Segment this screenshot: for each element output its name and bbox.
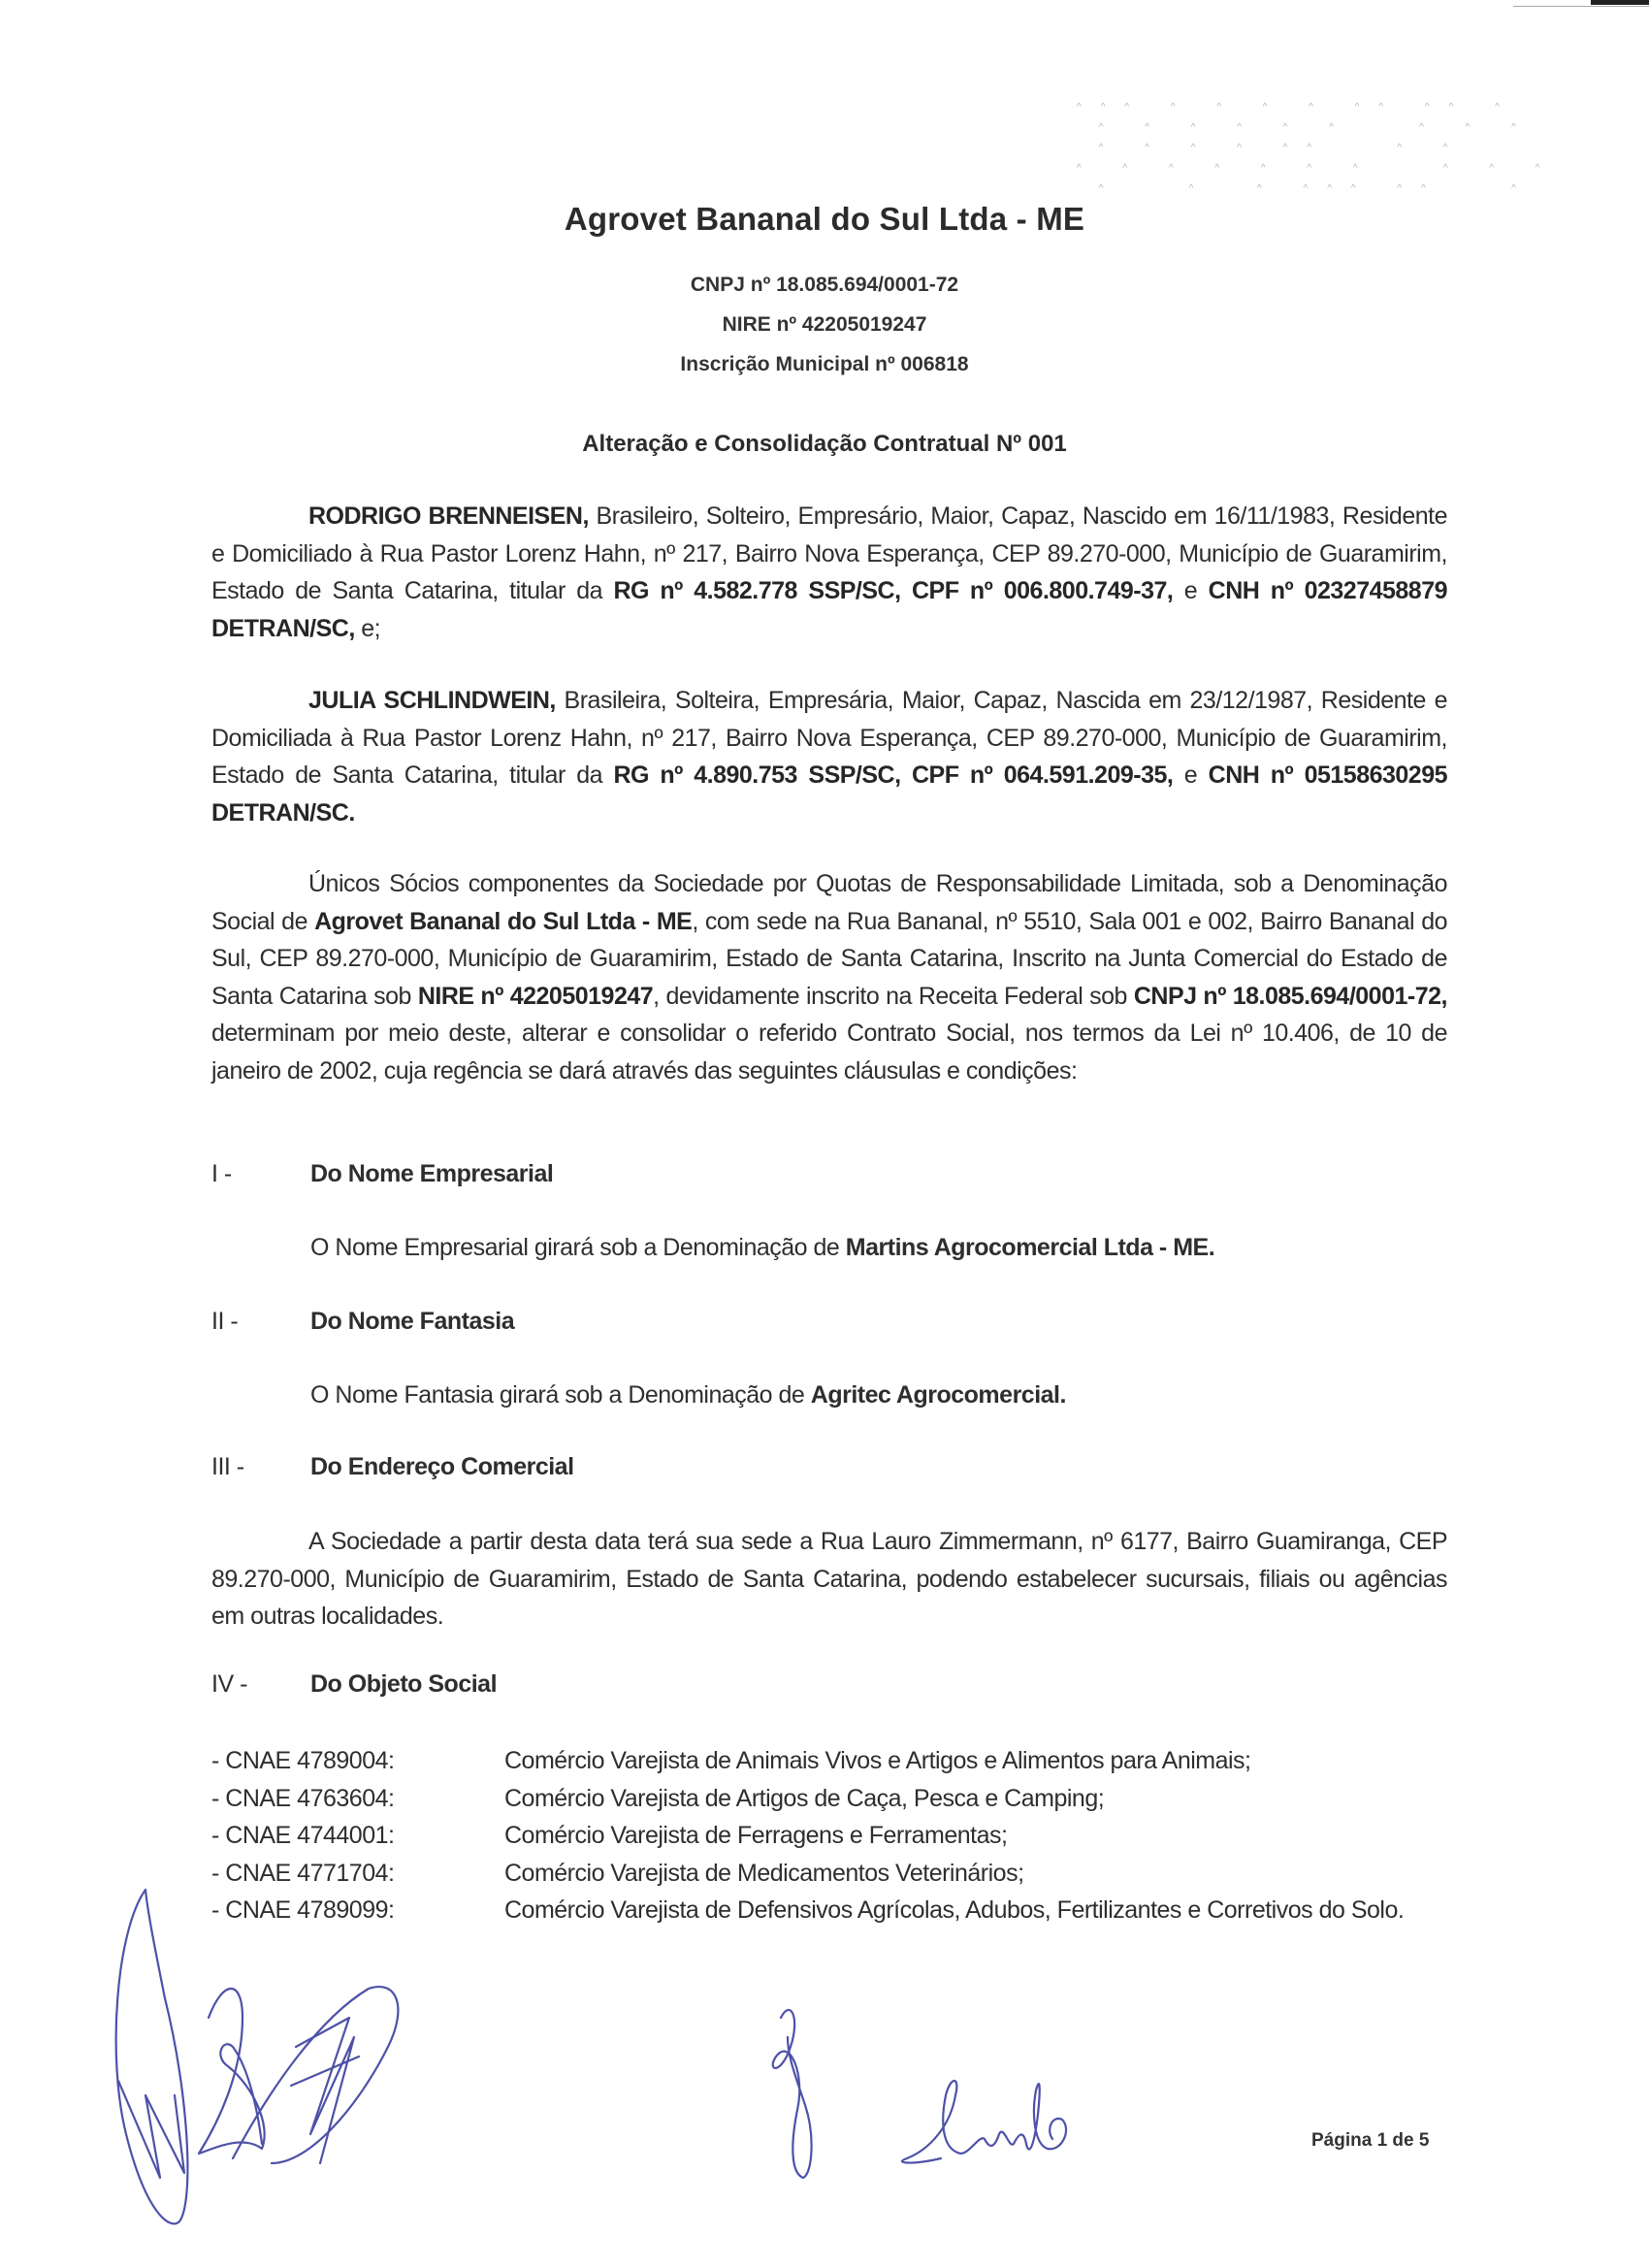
intro-cnpj: CNPJ nº 18.085.694/0001-72, — [1134, 983, 1447, 1010]
cnae-item: - CNAE 4789004:Comércio Varejista de Ani… — [211, 1742, 1447, 1780]
document-page: ^^^ ^ ^ ^ ^ ^^ ^^ ^ ^ ^ ^ ^ ^ ^ ^ ^ ^ ^ … — [0, 0, 1649, 2268]
intro-nire: NIRE nº 42205019247 — [418, 983, 653, 1010]
signature-4-danilo — [907, 2081, 1066, 2158]
trade-name: Agritec Agrocomercial. — [811, 1381, 1066, 1409]
clause-trade-name: O Nome Fantasia girará sob a Denominação… — [310, 1381, 1066, 1409]
new-business-name: Martins Agrocomercial Ltda - ME. — [846, 1234, 1214, 1261]
cnae-item: - CNAE 4744001:Comércio Varejista de Fer… — [211, 1817, 1447, 1855]
cnae-item: - CNAE 4771704:Comércio Varejista de Med… — [211, 1855, 1447, 1893]
section-heading-1: I -Do Nome Empresarial — [211, 1160, 553, 1188]
section-heading-4: IV -Do Objeto Social — [211, 1670, 497, 1699]
signature-3 — [773, 2010, 812, 2178]
intro-paragraph: Únicos Sócios componentes da Sociedade p… — [211, 865, 1447, 1089]
cnae-item: - CNAE 4763604:Comércio Varejista de Art… — [211, 1780, 1447, 1818]
scan-corner-mark — [1591, 0, 1649, 5]
partner-1-ids: RG nº 4.582.778 SSP/SC, CPF nº 006.800.7… — [613, 577, 1173, 604]
partner-2-paragraph: JULIA SCHLINDWEIN, Brasileira, Solteira,… — [211, 682, 1447, 831]
cnae-list: - CNAE 4789004:Comércio Varejista de Ani… — [211, 1742, 1447, 1929]
signature-1 — [116, 1890, 188, 2223]
scan-edge-line — [1513, 6, 1649, 7]
section-heading-2: II -Do Nome Fantasia — [211, 1308, 514, 1336]
page-number: Página 1 de 5 — [1311, 2130, 1429, 2152]
section-heading-3: III -Do Endereço Comercial — [211, 1453, 574, 1481]
nire-line: NIRE nº 42205019247 — [0, 313, 1649, 337]
old-company-name: Agrovet Bananal do Sul Ltda - ME — [314, 908, 692, 935]
partner-1-paragraph: RODRIGO BRENNEISEN, Brasileiro, Solteiro… — [211, 498, 1447, 647]
document-subtitle: Alteração e Consolidação Contratual Nº 0… — [0, 431, 1649, 458]
partner-2-name: JULIA SCHLINDWEIN, — [308, 687, 556, 714]
signature-2 — [199, 1989, 265, 2154]
partner-2-ids: RG nº 4.890.753 SSP/SC, CPF nº 064.591.2… — [613, 761, 1173, 789]
cnae-item: - CNAE 4789099:Comércio Varejista de Def… — [211, 1892, 1447, 1929]
scan-noise-dots: ^^^ ^ ^ ^ ^ ^^ ^^ ^ ^ ^ ^ ^ ^ ^ ^ ^ ^ ^ … — [1077, 97, 1560, 199]
municipal-registration-line: Inscrição Municipal nº 006818 — [0, 353, 1649, 376]
partner-1-name: RODRIGO BRENNEISEN, — [308, 502, 589, 530]
company-title: Agrovet Bananal do Sul Ltda - ME — [0, 201, 1649, 238]
clause-address: A Sociedade a partir desta data terá sua… — [211, 1523, 1447, 1636]
cnpj-line: CNPJ nº 18.085.694/0001-72 — [0, 274, 1649, 297]
clause-business-name: O Nome Empresarial girará sob a Denomina… — [310, 1234, 1214, 1262]
